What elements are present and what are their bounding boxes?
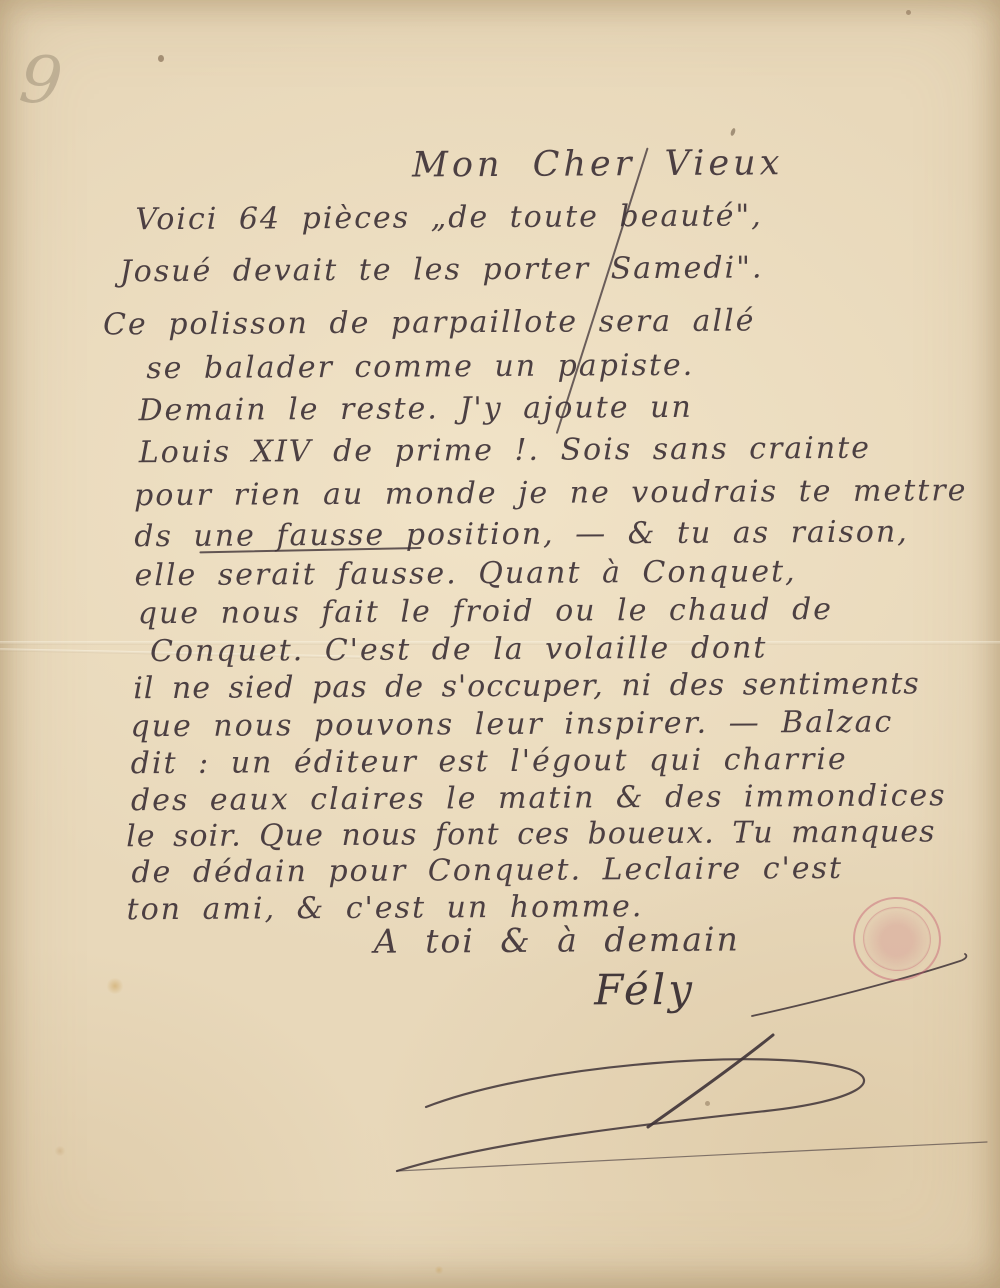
- foxing-spot: [906, 10, 911, 15]
- collector-stamp-ring: [859, 903, 935, 976]
- foxing-spot: [158, 55, 164, 62]
- foxing-spot: [434, 1266, 444, 1274]
- foxing-spot: [54, 1146, 66, 1156]
- letter-page: 9 Mon Cher Vieux Voici 64 pièces „de tou…: [0, 0, 1000, 1288]
- signature-flourish: [0, 0, 1000, 1288]
- foxing-spot: [106, 978, 124, 994]
- foxing-spot: [705, 1101, 710, 1106]
